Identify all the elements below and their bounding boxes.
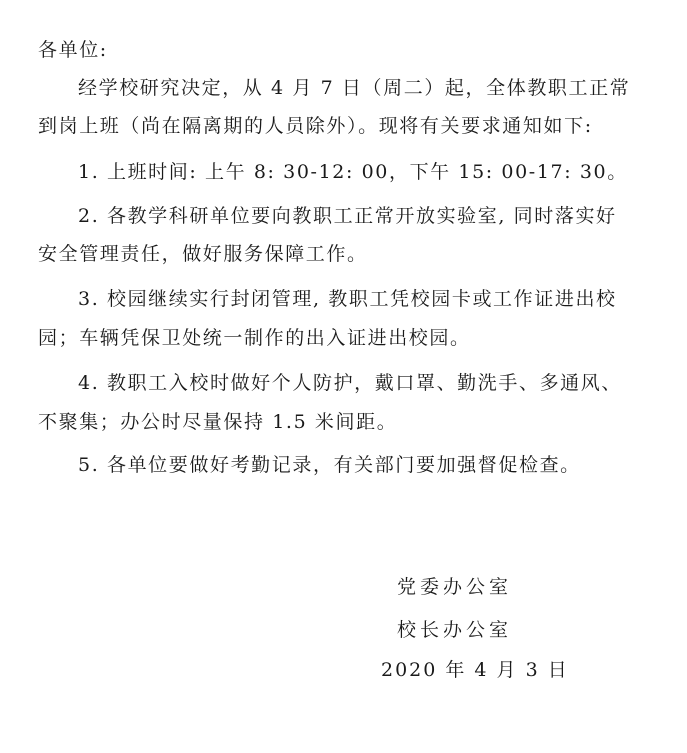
- item-4-line-2: 不聚集；办公时尽量保持 1.5 米间距。: [38, 410, 397, 434]
- item-3-line-1: 3. 校园继续实行封闭管理, 教职工凭校园卡或工作证进出校: [78, 287, 617, 311]
- issue-date: 2020 年 4 月 3 日: [381, 658, 569, 682]
- issuer-president-office: 校长办公室: [397, 618, 512, 642]
- item-4-line-1: 4. 教职工入校时做好个人防护，戴口罩、勤洗手、多通风、: [78, 371, 622, 395]
- item-1-line-1: 1. 上班时间: 上午 8: 30-12: 00，下午 15: 00-17: 3…: [78, 160, 628, 184]
- intro-line-2: 到岗上班（尚在隔离期的人员除外）。现将有关要求通知如下:: [38, 114, 593, 138]
- item-5-line-1: 5. 各单位要做好考勤记录，有关部门要加强督促检查。: [78, 453, 581, 477]
- issuer-party-office: 党委办公室: [397, 575, 512, 599]
- item-3-line-2: 园；车辆凭保卫处统一制作的出入证进出校园。: [38, 326, 471, 350]
- item-2-line-1: 2. 各教学科研单位要向教职工正常开放实验室, 同时落实好: [78, 204, 617, 228]
- intro-line-1: 经学校研究决定，从 4 月 7 日（周二）起，全体教职工正常: [78, 76, 630, 100]
- item-2-line-2: 安全管理责任，做好服务保障工作。: [38, 242, 368, 266]
- salutation: 各单位:: [38, 38, 108, 62]
